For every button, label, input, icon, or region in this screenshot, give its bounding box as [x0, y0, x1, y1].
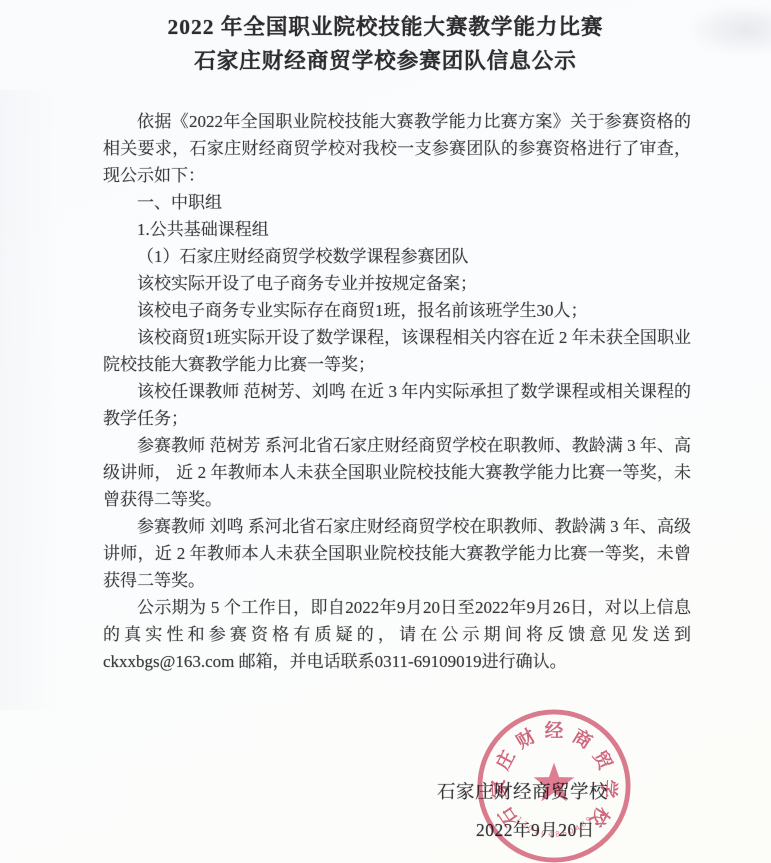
seal-serial-number: 130104860489 — [514, 814, 593, 838]
seal-star-icon — [534, 763, 575, 802]
paragraph-item-2: 该校电子商务专业实际存在商贸1班，报名前该班学生30人； — [103, 297, 691, 324]
svg-text:商: 商 — [569, 725, 597, 754]
svg-text:贸: 贸 — [588, 747, 615, 774]
paragraph-teacher-liu: 参赛教师 刘鸣 系河北省石家庄财经商贸学校在职教师、教龄满 3 年、高级讲师，近… — [103, 513, 691, 594]
document-title-line2: 石家庄财经商贸学校参赛团队信息公示 — [0, 44, 771, 78]
paragraph-subgroup: 1.公共基础课程组 — [103, 216, 691, 243]
document-body: 依据《2022年全国职业院校技能大赛教学能力比赛方案》关于参赛资格的相关要求，石… — [103, 108, 691, 675]
svg-text:8: 8 — [555, 829, 561, 838]
document-page: 2022 年全国职业院校技能大赛教学能力比赛 石家庄财经商贸学校参赛团队信息公示… — [0, 0, 771, 863]
paragraph-teacher-fan: 参赛教师 范树芳 系河北省石家庄财经商贸学校在职教师、教龄满 3 年、高级讲师，… — [103, 432, 691, 513]
document-title-line1: 2022 年全国职业院校技能大赛教学能力比赛 — [0, 10, 771, 44]
paragraph-item-4: 该校任课教师 范树芳、刘鸣 在近 3 年内实际承担了数学课程或相关课程的教学任务… — [103, 378, 691, 432]
svg-text:学: 学 — [597, 779, 620, 799]
paragraph-intro: 依据《2022年全国职业院校技能大赛教学能力比赛方案》关于参赛资格的相关要求，石… — [103, 108, 691, 189]
document-header: 2022 年全国职业院校技能大赛教学能力比赛 石家庄财经商贸学校参赛团队信息公示 — [0, 0, 771, 78]
paragraph-notice-period: 公示期为 5 个工作日，即自2022年9月20日至2022年9月26日，对以上信… — [103, 594, 691, 675]
paragraph-item-3: 该校商贸1班实际开设了数学课程，该课程相关内容在近 2 年未获全国职业院校技能大… — [103, 324, 691, 378]
svg-text:庄: 庄 — [492, 747, 520, 774]
paragraph-team: （1）石家庄财经商贸学校数学课程参赛团队 — [103, 243, 691, 270]
svg-text:1: 1 — [533, 826, 541, 836]
svg-text:校: 校 — [585, 802, 614, 831]
paragraph-item-1: 该校实际开设了电子商务专业并按规定备案； — [103, 270, 691, 297]
svg-text:家: 家 — [488, 779, 511, 799]
svg-text:财: 财 — [512, 725, 540, 754]
svg-text:0: 0 — [540, 828, 547, 838]
paragraph-group-head: 一、中职组 — [103, 189, 691, 216]
scan-shading-left — [0, 90, 70, 710]
svg-text:经: 经 — [545, 720, 564, 742]
official-seal-stamp: 石家庄财经商贸学校 130104860489 — [476, 708, 632, 863]
svg-text:4: 4 — [548, 829, 554, 838]
svg-text:6: 6 — [561, 828, 568, 838]
